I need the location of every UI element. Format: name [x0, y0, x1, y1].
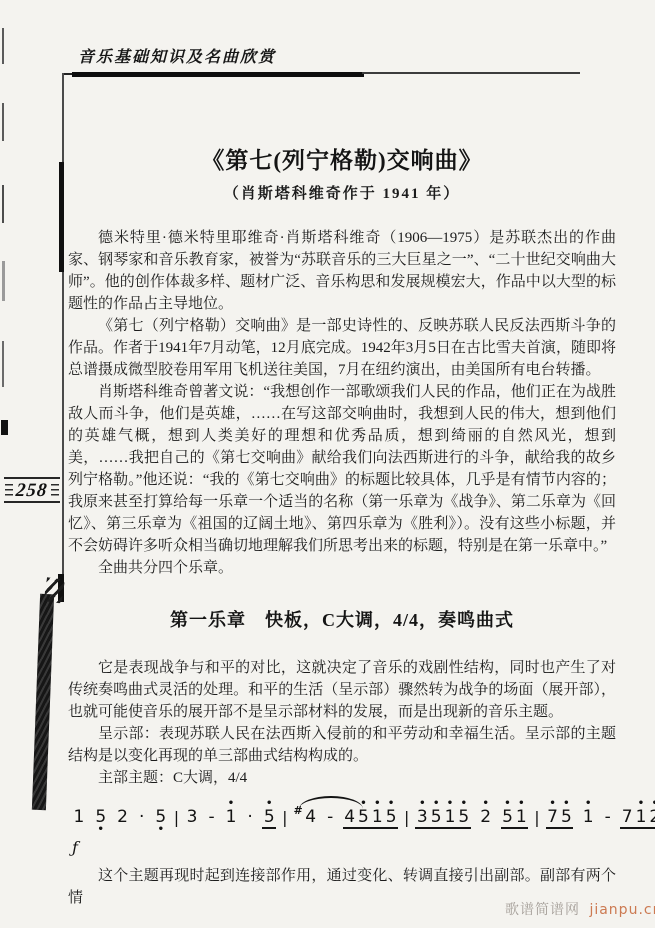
scan-edge-mark: [2, 261, 5, 301]
movement-heading: 第一乐章 快板，C大调，4/4，奏鸣曲式: [68, 606, 616, 632]
header-rule-thin: [362, 72, 580, 74]
watermark-domain: jianpu.cn: [589, 902, 655, 918]
scan-edge-mark: [2, 341, 4, 387]
paragraph-composer-intro: 德米特里·德米特里耶维奇·肖斯塔科维奇（1906—1975）是苏联杰出的作曲家、…: [68, 227, 616, 315]
page-number-lines: [5, 484, 13, 496]
scanned-book-page: 音乐基础知识及名曲欣赏 258 《第七(列宁格勒)交响曲》 （肖斯塔科维奇作于 …: [0, 0, 655, 928]
frame-line-thick-segment: [59, 162, 64, 272]
page-number-lines: [51, 484, 59, 496]
page-number-block: 258: [4, 477, 60, 503]
paragraph-work-history: 《第七（列宁格勒）交响曲》是一部史诗性的、反映苏联人民反法西斯斗争的作品。作者于…: [68, 315, 616, 381]
scan-edge-mark: [2, 185, 4, 223]
music-notation: 1 5• 2 · 5•| 3 - •1 · •5 |# 4 - 4 •5 •1 …: [68, 801, 616, 859]
scan-edge-mark: [2, 103, 4, 141]
page-frame-line: [62, 73, 64, 601]
dynamic-marking: ƒ: [72, 838, 78, 857]
watermark: 歌谱简谱网 jianpu.cn: [505, 899, 655, 919]
scan-edge-mark: [2, 28, 4, 64]
watermark-site-name: 歌谱简谱网: [505, 902, 580, 918]
paragraph-composer-quote: 肖斯塔科维奇曾著文说：“我想创作一部歌颂我们人民的作品，他们正在为战胜敌人而斗争…: [68, 381, 616, 557]
scan-edge-mark: [1, 420, 8, 435]
header-rule-thick: [72, 72, 364, 77]
notation-line: 1 5• 2 · 5•| 3 - •1 · •5 |# 4 - 4 •5 •1 …: [68, 801, 616, 836]
binding-shadow: [32, 594, 54, 810]
page-number: 258: [14, 481, 49, 500]
article-content: 《第七(列宁格勒)交响曲》 （肖斯塔科维奇作于 1941 年） 德米特里·德米特…: [68, 142, 616, 909]
header-rule: [62, 71, 585, 78]
paragraph-exposition: 呈示部：表现苏联人民在法西斯入侵前的和平劳动和幸福生活。呈示部的主题结构是以变化…: [68, 723, 616, 767]
running-header: 音乐基础知识及名曲欣赏: [78, 44, 276, 67]
article-subtitle: （肖斯塔科维奇作于 1941 年）: [68, 182, 616, 203]
article-title: 《第七(列宁格勒)交响曲》: [68, 142, 616, 175]
paragraph-movement-count: 全曲共分四个乐章。: [68, 557, 616, 579]
paragraph-movement-structure: 它是表现战争与和平的对比，这就决定了音乐的戏剧性结构，同时也产生了对传统奏鸣曲式…: [68, 657, 616, 723]
theme-label: 主部主题：C大调，4/4: [68, 767, 616, 789]
